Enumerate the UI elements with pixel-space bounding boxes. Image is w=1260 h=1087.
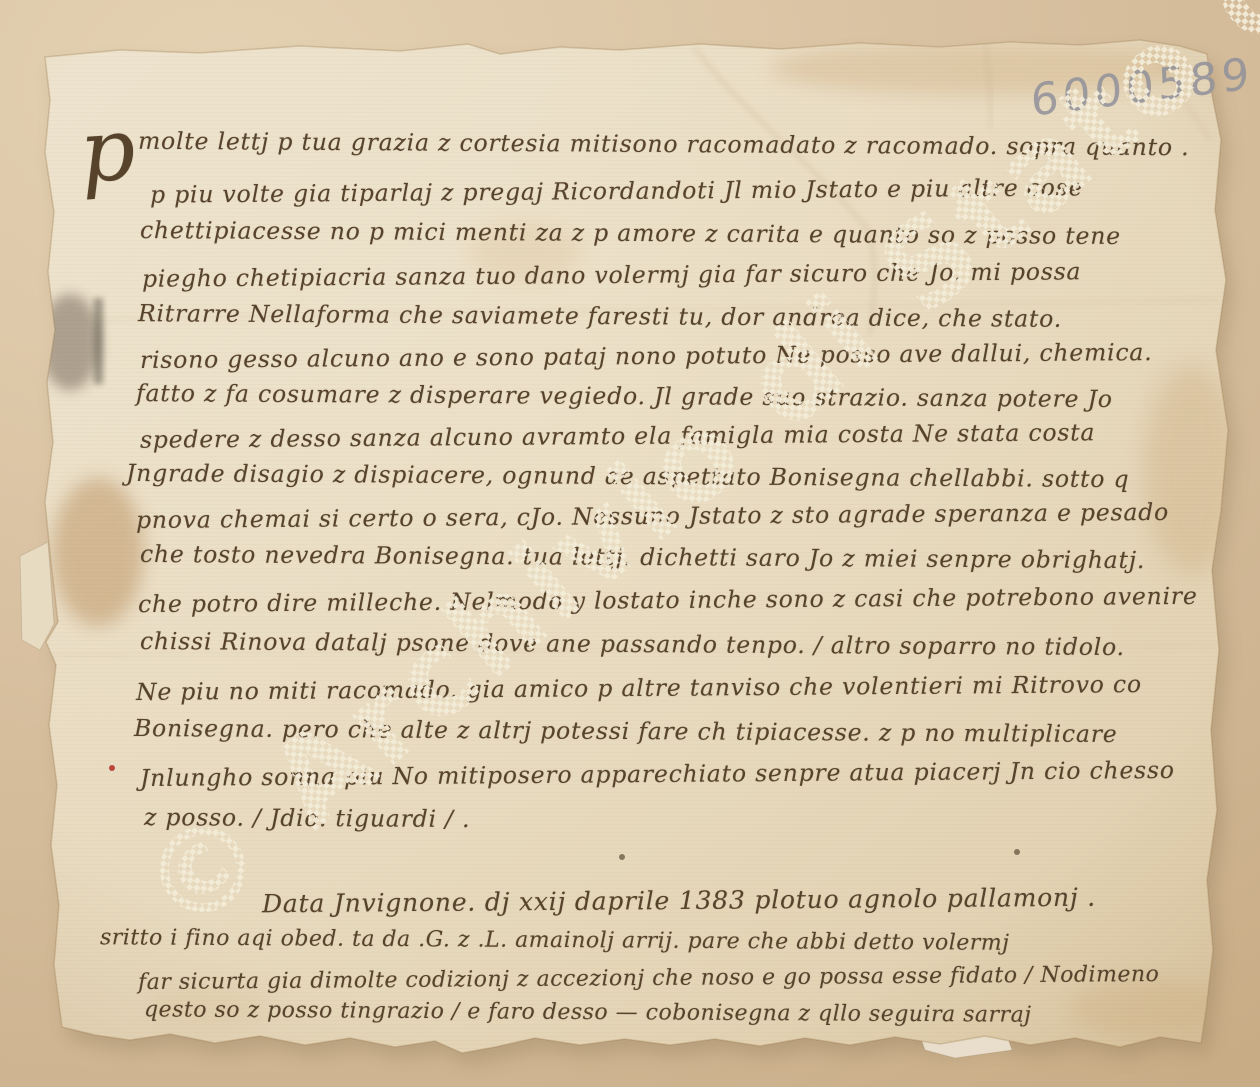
manuscript-line: Ne piu no miti racomado. gia amico p alt…: [136, 670, 1142, 706]
manuscript-line: che potro dire milleche. Nelmodo y losta…: [138, 582, 1198, 618]
manuscript-line: Ritrarre Nellaforma che saviamete farest…: [138, 299, 1062, 333]
opening-paraph: p: [77, 106, 138, 196]
manuscript-line: chettipiacesse no p mici menti za z p am…: [140, 216, 1121, 250]
manuscript-line: molte lettj p tua grazia z cortesia miti…: [138, 127, 1190, 161]
manuscript-line: sritto i fino aqi obed. ta da .G. z .L. …: [100, 925, 1010, 956]
manuscript-line: che tosto nevedra Bonisegna. tua lettj. …: [140, 540, 1145, 574]
manuscript-line: spedere z desso sanza alcuno avramto ela…: [140, 418, 1095, 454]
archival-photo-backdrop: p molte lettj p tua grazia z cortesia mi…: [0, 0, 1260, 1087]
manuscript-line: piegho chetipiacria sanza tuo dano voler…: [142, 257, 1082, 292]
manuscript-line: Jngrade disagio z dispiacere, ognund ae …: [126, 459, 1130, 493]
manuscript-line: z posso. / Jdio. tiguardi / .: [144, 803, 471, 833]
manuscript-line: qesto so z posso tingrazio / e faro dess…: [144, 997, 1032, 1027]
handwritten-text-layer: p molte lettj p tua grazia z cortesia mi…: [0, 0, 1260, 1087]
manuscript-line: fatto z fa cosumare z disperare vegiedo.…: [136, 379, 1113, 413]
manuscript-line: p piu volte gia tiparlaj z pregaj Ricord…: [150, 173, 1083, 208]
manuscript-dateline: Data Jnvignone. dj xxij daprile 1383 plo…: [262, 883, 1096, 919]
manuscript-line: Jnlungho sonna piu No mitiposero apparec…: [140, 756, 1175, 792]
manuscript-line: pnova chemai si certo o sera, cJo. Nessu…: [136, 498, 1169, 534]
manuscript-line: risono gesso alcuno ano e sono pataj non…: [140, 338, 1153, 374]
manuscript-line: chissi Rinova datalj psone dove ane pass…: [140, 627, 1125, 661]
manuscript-line: Bonisegna. pero che alte z altrj potessi…: [134, 714, 1118, 748]
manuscript-line: far sicurta gia dimolte codizionj z acce…: [138, 962, 1160, 995]
